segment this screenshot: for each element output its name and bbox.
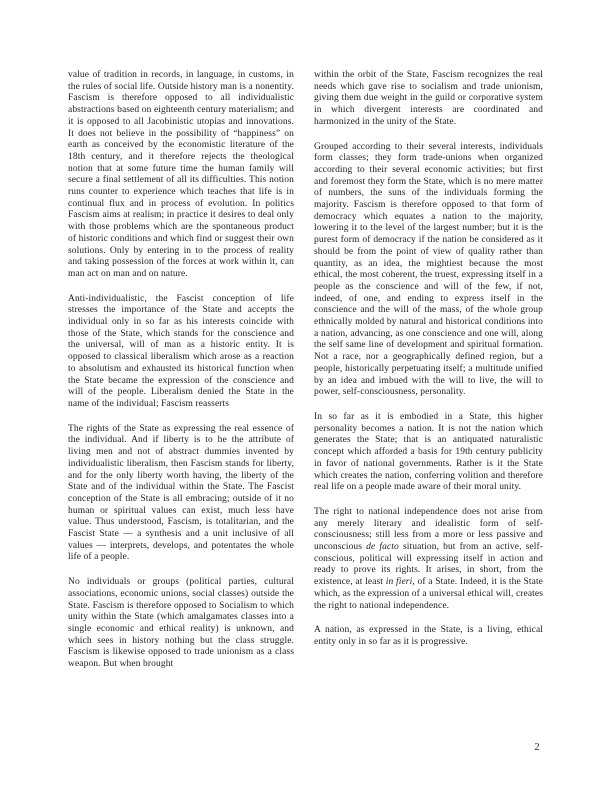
paragraph-rights-of-state: The rights of the State as expressing th… [68, 424, 294, 564]
paragraph-national-independence: The right to national independence does … [314, 507, 543, 612]
paragraph-grouped-interests: Grouped according to their several inter… [314, 142, 543, 399]
left-column: value of tradition in records, in langua… [68, 70, 294, 671]
page-number: 2 [530, 742, 544, 754]
latin-phrase-in-fieri: in fieri, [386, 577, 415, 587]
paragraph-nation-living-entity: A nation, as expressed in the State, is … [314, 625, 543, 648]
paragraph-continued: value of tradition in records, in langua… [68, 70, 294, 281]
paragraph-orbit-of-state: within the orbit of the State, Fascism r… [314, 70, 543, 129]
document-page: value of tradition in records, in langua… [0, 0, 612, 792]
paragraph-embodied-in-state: In so far as it is embodied in a State, … [314, 412, 543, 494]
right-column: within the orbit of the State, Fascism r… [314, 70, 543, 649]
latin-phrase-de-facto: de facto [366, 542, 399, 552]
paragraph-anti-individualistic: Anti-individualistic, the Fascist concep… [68, 294, 294, 411]
paragraph-no-individuals: No individuals or groups (political part… [68, 577, 294, 671]
